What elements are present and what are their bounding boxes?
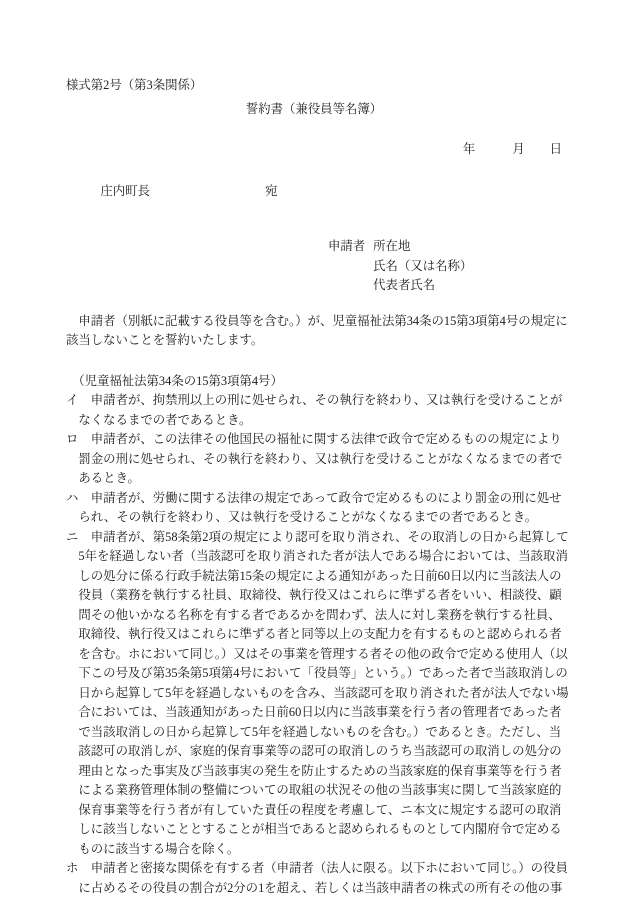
clause-text: 申請者と密接な関係を有する者（申請者（法人に限る。以下ホにおいて同じ。）の役員に… — [91, 859, 568, 898]
law-reference-heading: （児童福祉法第34条の15第3項第4号） — [66, 372, 562, 392]
clause-line: 申請者が、労働に関する法律の規定であって政令で定めるものにより罰金の刑に処せ — [91, 489, 562, 509]
clause: ホ 申請者と密接な関係を有する者（申請者（法人に限る。以下ホにおいて同じ。）の役… — [66, 859, 562, 898]
applicant-field: 代表者氏名 — [373, 276, 562, 296]
clause-line: に占めるその役員の割合が2分の1を超え、若しくは当該申請者の株式の所有その他の事 — [78, 879, 567, 899]
clause-line: 合においては、当該通知があった日前60日以内に当該事業を行う者の管理者であった者 — [78, 703, 568, 723]
clause-line: あるとき。 — [78, 469, 562, 489]
clause: イ 申請者が、拘禁刑以上の刑に処せられ、その執行を終わり、又は執行を受けることが… — [66, 391, 562, 430]
clause-text: 申請者が、労働に関する法律の規定であって政令で定めるものにより罰金の刑に処せられ… — [91, 489, 562, 528]
clause-line: しに該当しないこととすることが相当であると認められるものとして内閣府令で定める — [78, 820, 568, 840]
clause: ハ 申請者が、労働に関する法律の規定であって政令で定めるものにより罰金の刑に処せ… — [66, 489, 562, 528]
clause-line: られ、その執行を終わり、又は執行を受けることがなくなるまでの者であるとき。 — [78, 508, 562, 528]
pledge-line: 該当しないことを誓約いたします。 — [66, 331, 562, 351]
clause-line: 保育事業等を行う者が有していた責任の程度を考慮して、ニ本文に規定する認可の取消 — [78, 801, 568, 821]
clause-line: 申請者が、第58条第2項の規定により認可を取り消され、その取消しの日から起算して — [91, 528, 569, 548]
clause-line: 問その他いかなる名称を有する者であるかを問わず、法人に対し業務を執行する社員、 — [78, 606, 568, 626]
clause-line: 申請者が、この法律その他国民の福祉に関する法律で政令で定めるものの規定により — [91, 430, 563, 450]
addressee-suffix: 宛 — [265, 184, 277, 198]
date-line: 年 月 日 — [66, 140, 562, 160]
clause-line: で当該取消しの日から起算して5年を経過しないものを含む。）であるとき。ただし、当 — [78, 723, 568, 743]
clause-line: 取締役、執行役又はこれらに準ずる者と同等以上の支配力を有するものと認められる者 — [78, 625, 568, 645]
clause-line: 理由となった事実及び当該事実の発生を防止するための当該家庭的保育事業等を行う者 — [78, 762, 568, 782]
clause-line: 申請者と密接な関係を有する者（申請者（法人に限る。以下ホにおいて同じ。）の役員 — [91, 859, 568, 879]
clause: ニ 申請者が、第58条第2項の規定により認可を取り消され、その取消しの日から起算… — [66, 528, 562, 860]
clause-line: 役員（業務を執行する社員、取締役、執行役又はこれらに準ずる者をいい、相談役、顧 — [78, 586, 568, 606]
pledge-document-page: 様式第2号（第3条関係） 誓約書（兼役員等名簿） 年 月 日 庄内町長宛 申請者… — [0, 0, 630, 903]
clause-line: なくなるまでの者であるとき。 — [78, 411, 562, 431]
clause-text: 申請者が、拘禁刑以上の刑に処せられ、その執行を終わり、又は執行を受けることがなく… — [91, 391, 563, 430]
clause-line: 申請者が、拘禁刑以上の刑に処せられ、その執行を終わり、又は執行を受けることが — [91, 391, 563, 411]
applicant-field: 氏名（又は名称） — [373, 257, 562, 277]
addressee-name: 庄内町長 — [100, 184, 150, 198]
clause-line: による業務管理体制の整備についての取組の状況その他の当該事実に関して当該家庭的 — [78, 781, 568, 801]
clause-line: 5年を経過しない者（当該認可を取り消された者が法人である場合においては、当該取消 — [78, 547, 568, 567]
clause-line: 罰金の刑に処せられ、その執行を終わり、又は執行を受けることがなくなるまでの者で — [78, 450, 562, 470]
applicant-label: 申請者 — [328, 237, 365, 296]
clause: ロ 申請者が、この法律その他国民の福祉に関する法律で政令で定めるものの規定により… — [66, 430, 562, 489]
clause-line: しの処分に係る行政手続法第15条の規定による通知があった日前60日以内に当該法人… — [78, 567, 568, 587]
pledge-line: 申請者（別紙に記載する役員等を含む。）が、児童福祉法第34条の15第3項第4号の… — [66, 312, 562, 332]
applicant-block: 申請者 所在地氏名（又は名称）代表者氏名 — [328, 237, 562, 296]
pledge-paragraph: 申請者（別紙に記載する役員等を含む。）が、児童福祉法第34条の15第3項第4号の… — [66, 312, 562, 351]
clause-line: を含む。ホにおいて同じ。）又はその事業を管理する者その他の政令で定める使用人（以 — [78, 645, 568, 665]
applicant-fields: 所在地氏名（又は名称）代表者氏名 — [373, 237, 562, 296]
clause-line: ものに該当する場合を除く。 — [78, 840, 568, 860]
clause-line: 該認可の取消しが、家庭的保育事業等の認可の取消しのうち当該認可の取消しの処分の — [78, 742, 568, 762]
applicant-field: 所在地 — [373, 237, 562, 257]
document-title: 誓約書（兼役員等名簿） — [66, 100, 562, 120]
clause-text: 申請者が、この法律その他国民の福祉に関する法律で政令で定めるものの規定により罰金… — [91, 430, 563, 489]
clause-line: 日から起算して5年を経過しないものを含み、当該認可を取り消された者が法人でない場 — [78, 684, 568, 704]
clause-list: イ 申請者が、拘禁刑以上の刑に処せられ、その執行を終わり、又は執行を受けることが… — [66, 391, 562, 898]
form-number: 様式第2号（第3条関係） — [66, 76, 562, 96]
clause-text: 申請者が、第58条第2項の規定により認可を取り消され、その取消しの日から起算して… — [91, 528, 569, 860]
clause-line: 下この号及び第35条第5項第4号において「役員等」という。）であった者で当該取消… — [78, 664, 568, 684]
addressee-line: 庄内町長宛 — [66, 163, 562, 222]
